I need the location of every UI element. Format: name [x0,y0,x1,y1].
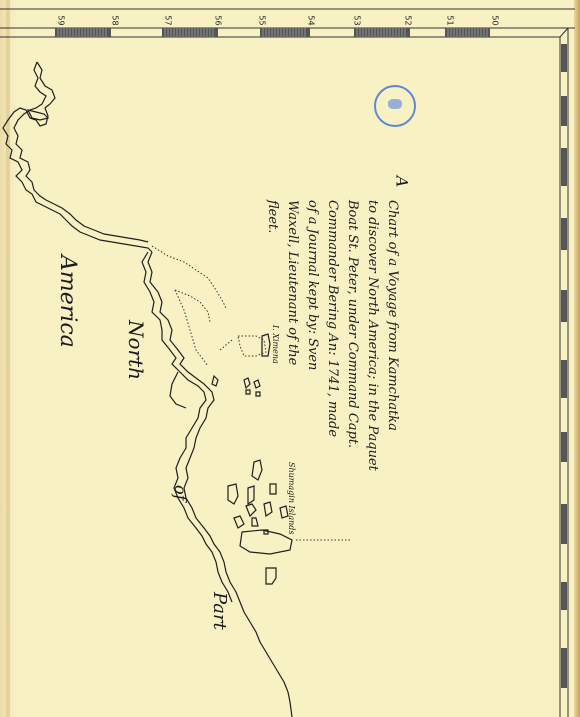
label-shumagin-islands: Shumagin Islands [287,462,296,535]
lat-label-59: 59 [57,15,66,25]
label-i-ximena: I. Ximena [271,325,280,364]
lat-label-50: 50 [491,15,500,25]
lat-label-55: 55 [258,15,267,25]
library-stamp [374,85,416,127]
stamp-emblem-icon [388,99,402,109]
lat-label-51: 51 [446,15,455,25]
title-line: Boat St. Peter, under Command Capt. [342,200,362,520]
title-line: of a Journal kept by: Sven [302,200,322,520]
region-label-america: America [55,255,80,348]
lat-label-52: 52 [404,15,413,25]
region-label-north: North [124,320,148,380]
region-label-of: of [171,485,190,501]
title-line: Commander Bering An: 1741, made [322,200,342,520]
lat-label-53: 53 [353,15,362,25]
lat-label-54: 54 [307,15,316,25]
lat-label-58: 58 [111,15,120,25]
latitude-scale-top [55,28,490,37]
lat-label-57: 57 [164,15,173,25]
title-letter: A [392,176,411,188]
title-line: to discover North America; in the Paquet [362,200,382,520]
lat-label-56: 56 [214,15,223,25]
map-title: Chart of a Voyage from Kamchatka to disc… [242,200,402,520]
latitude-scale-right [561,44,567,688]
title-line: Chart of a Voyage from Kamchatka [382,200,402,520]
region-label-part: Part [209,592,230,630]
